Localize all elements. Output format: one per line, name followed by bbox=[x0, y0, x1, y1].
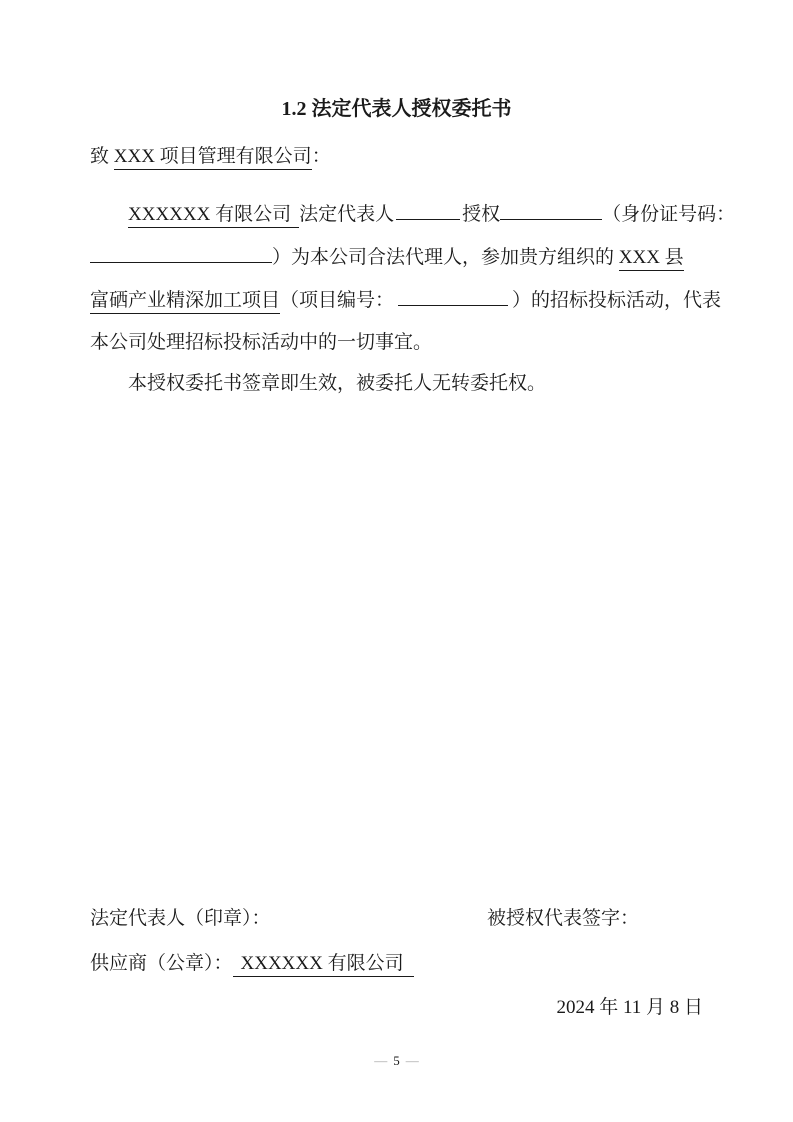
project-no-blank bbox=[398, 287, 508, 306]
salutation-prefix: 致 bbox=[90, 146, 114, 167]
grantee-name-blank bbox=[500, 201, 602, 220]
legal-rep-seal-label: 法定代表人（印章）： bbox=[90, 908, 271, 929]
salutation-line: 致 XXX 项目管理有限公司： bbox=[90, 144, 703, 170]
date-line: 2024 年 11 月 8 日 bbox=[90, 995, 703, 1021]
bidding-activity-text: ）的招标投标活动，代表 bbox=[512, 290, 721, 311]
county-name: XXX 县 bbox=[619, 247, 684, 271]
body-line-4: 本公司处理招标投标活动中的一切事宜。 bbox=[90, 330, 703, 356]
effectiveness-clause: 本授权委托书签章即生效，被委托人无转委托权。 bbox=[90, 371, 741, 397]
footer-dash-right: — bbox=[406, 1053, 419, 1068]
project-no-label: （项目编号： bbox=[280, 290, 394, 311]
body-line-3: 富硒产业精深加工项目（项目编号：）的招标投标活动，代表 bbox=[90, 287, 703, 314]
salutation-colon: ： bbox=[312, 146, 331, 167]
agent-clause-text: ）为本公司合法代理人，参加贵方组织的 bbox=[272, 247, 619, 268]
legal-rep-label: 法定代表人 bbox=[299, 204, 394, 225]
page-footer: —5— bbox=[90, 1053, 703, 1069]
body-line-1: XXXXXX 有限公司法定代表人授权（身份证号码： bbox=[90, 201, 741, 228]
supplier-seal-label: 供应商（公章）： bbox=[90, 953, 233, 974]
addressee-company: XXX 项目管理有限公司 bbox=[114, 146, 312, 170]
id-number-blank bbox=[90, 244, 272, 263]
legal-rep-name-blank bbox=[396, 201, 460, 220]
document-page: 1.2 法定代表人授权委托书 致 XXX 项目管理有限公司： XXXXXX 有限… bbox=[0, 0, 793, 1122]
page-title: 1.2 法定代表人授权委托书 bbox=[90, 96, 703, 122]
project-name: 富硒产业精深加工项目 bbox=[90, 290, 280, 314]
body-line-2: ）为本公司合法代理人，参加贵方组织的 XXX 县 bbox=[90, 244, 703, 271]
footer-dash-left: — bbox=[374, 1053, 387, 1068]
authorized-rep-sign-label: 被授权代表签字： bbox=[487, 906, 639, 932]
signature-row: 法定代表人（印章）： 被授权代表签字： bbox=[90, 906, 703, 932]
supplier-name: XXXXXX 有限公司 bbox=[233, 953, 414, 977]
id-number-label: （身份证号码： bbox=[602, 204, 735, 225]
supplier-row: 供应商（公章）：XXXXXX 有限公司 bbox=[90, 951, 703, 977]
principal-company: XXXXXX 有限公司 bbox=[128, 204, 299, 228]
authorize-label: 授权 bbox=[462, 204, 500, 225]
page-number: 5 bbox=[393, 1053, 400, 1068]
